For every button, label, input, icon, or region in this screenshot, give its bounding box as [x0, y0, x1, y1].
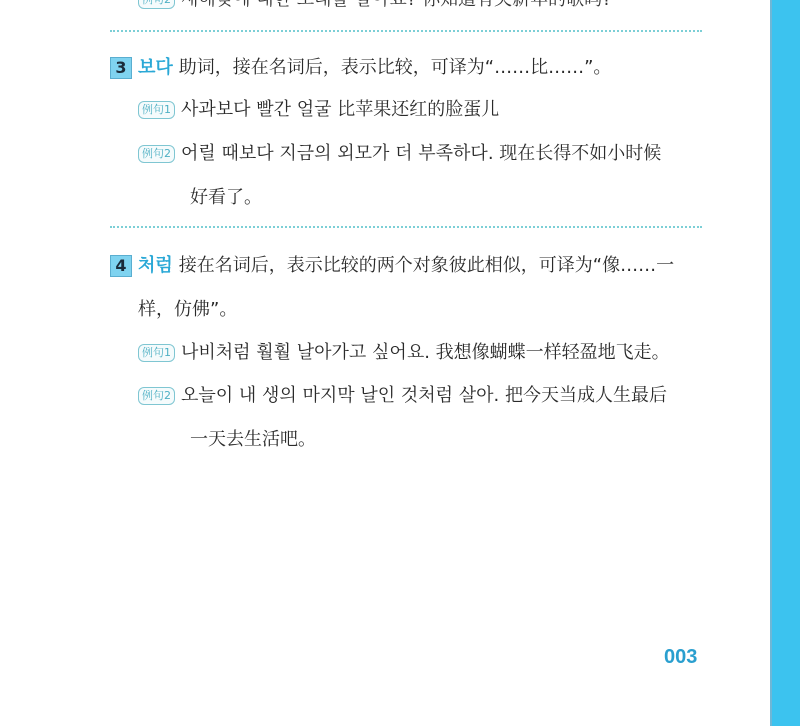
example-text: 나비처럼 훨훨 날아가고 싶어요. 我想像蝴蝶一样轻盈地飞走。	[181, 342, 670, 363]
section-keyword: 처럼	[138, 255, 173, 276]
example-tag: 例句2	[138, 0, 175, 9]
section-description: 助词，接在名词后，表示比较，可译为“……比……”。	[179, 57, 612, 78]
example-row: 例句1나비처럼 훨훨 날아가고 싶어요. 我想像蝴蝶一样轻盈地飞走。	[138, 341, 670, 365]
section-divider	[110, 226, 702, 228]
cut-off-example: 例句2새해맞에 대한 노래를 알아요? 你知道有关新年的歌吗?	[138, 0, 612, 12]
section-description: 接在名词后，表示比较的两个对象彼此相似，可译为“像……一	[179, 255, 674, 276]
section-number-badge: 3	[110, 57, 132, 79]
section-4-heading: 4처럼接在名词后，表示比较的两个对象彼此相似，可译为“像……一	[110, 254, 674, 278]
section-3-heading: 3보다助词，接在名词后，表示比较，可译为“……比……”。	[110, 56, 611, 80]
example-text: 사과보다 빨간 얼굴 比苹果还红的脸蛋儿	[181, 99, 499, 120]
section-keyword: 보다	[138, 57, 173, 78]
example-tag: 例句2	[138, 387, 175, 405]
section-divider	[110, 30, 702, 32]
example-row: 例句1사과보다 빨간 얼굴 比苹果还红的脸蛋儿	[138, 98, 499, 122]
side-color-strip	[770, 0, 800, 726]
example-continuation: 一天去生活吧。	[190, 428, 316, 452]
section-number-badge: 4	[110, 255, 132, 277]
example-text: 오늘이 내 생의 마지막 날인 것처럼 살아. 把今天当成人生最后	[181, 385, 667, 406]
example-tag: 例句1	[138, 344, 175, 362]
example-continuation: 好看了。	[190, 186, 262, 210]
example-tag: 例句2	[138, 145, 175, 163]
page-number: 003	[664, 646, 697, 669]
example-row: 例句2어릴 때보다 지금의 외모가 더 부족하다. 现在长得不如小时候	[138, 142, 661, 166]
example-text: 새해맞에 대한 노래를 알아요? 你知道有关新年的歌吗?	[181, 0, 612, 10]
example-tag: 例句1	[138, 101, 175, 119]
section-description-continuation: 样，仿佛”。	[138, 298, 237, 322]
example-text: 어릴 때보다 지금의 외모가 더 부족하다. 现在长得不如小时候	[181, 143, 661, 164]
example-row: 例句2오늘이 내 생의 마지막 날인 것처럼 살아. 把今天当成人生最后	[138, 384, 667, 408]
